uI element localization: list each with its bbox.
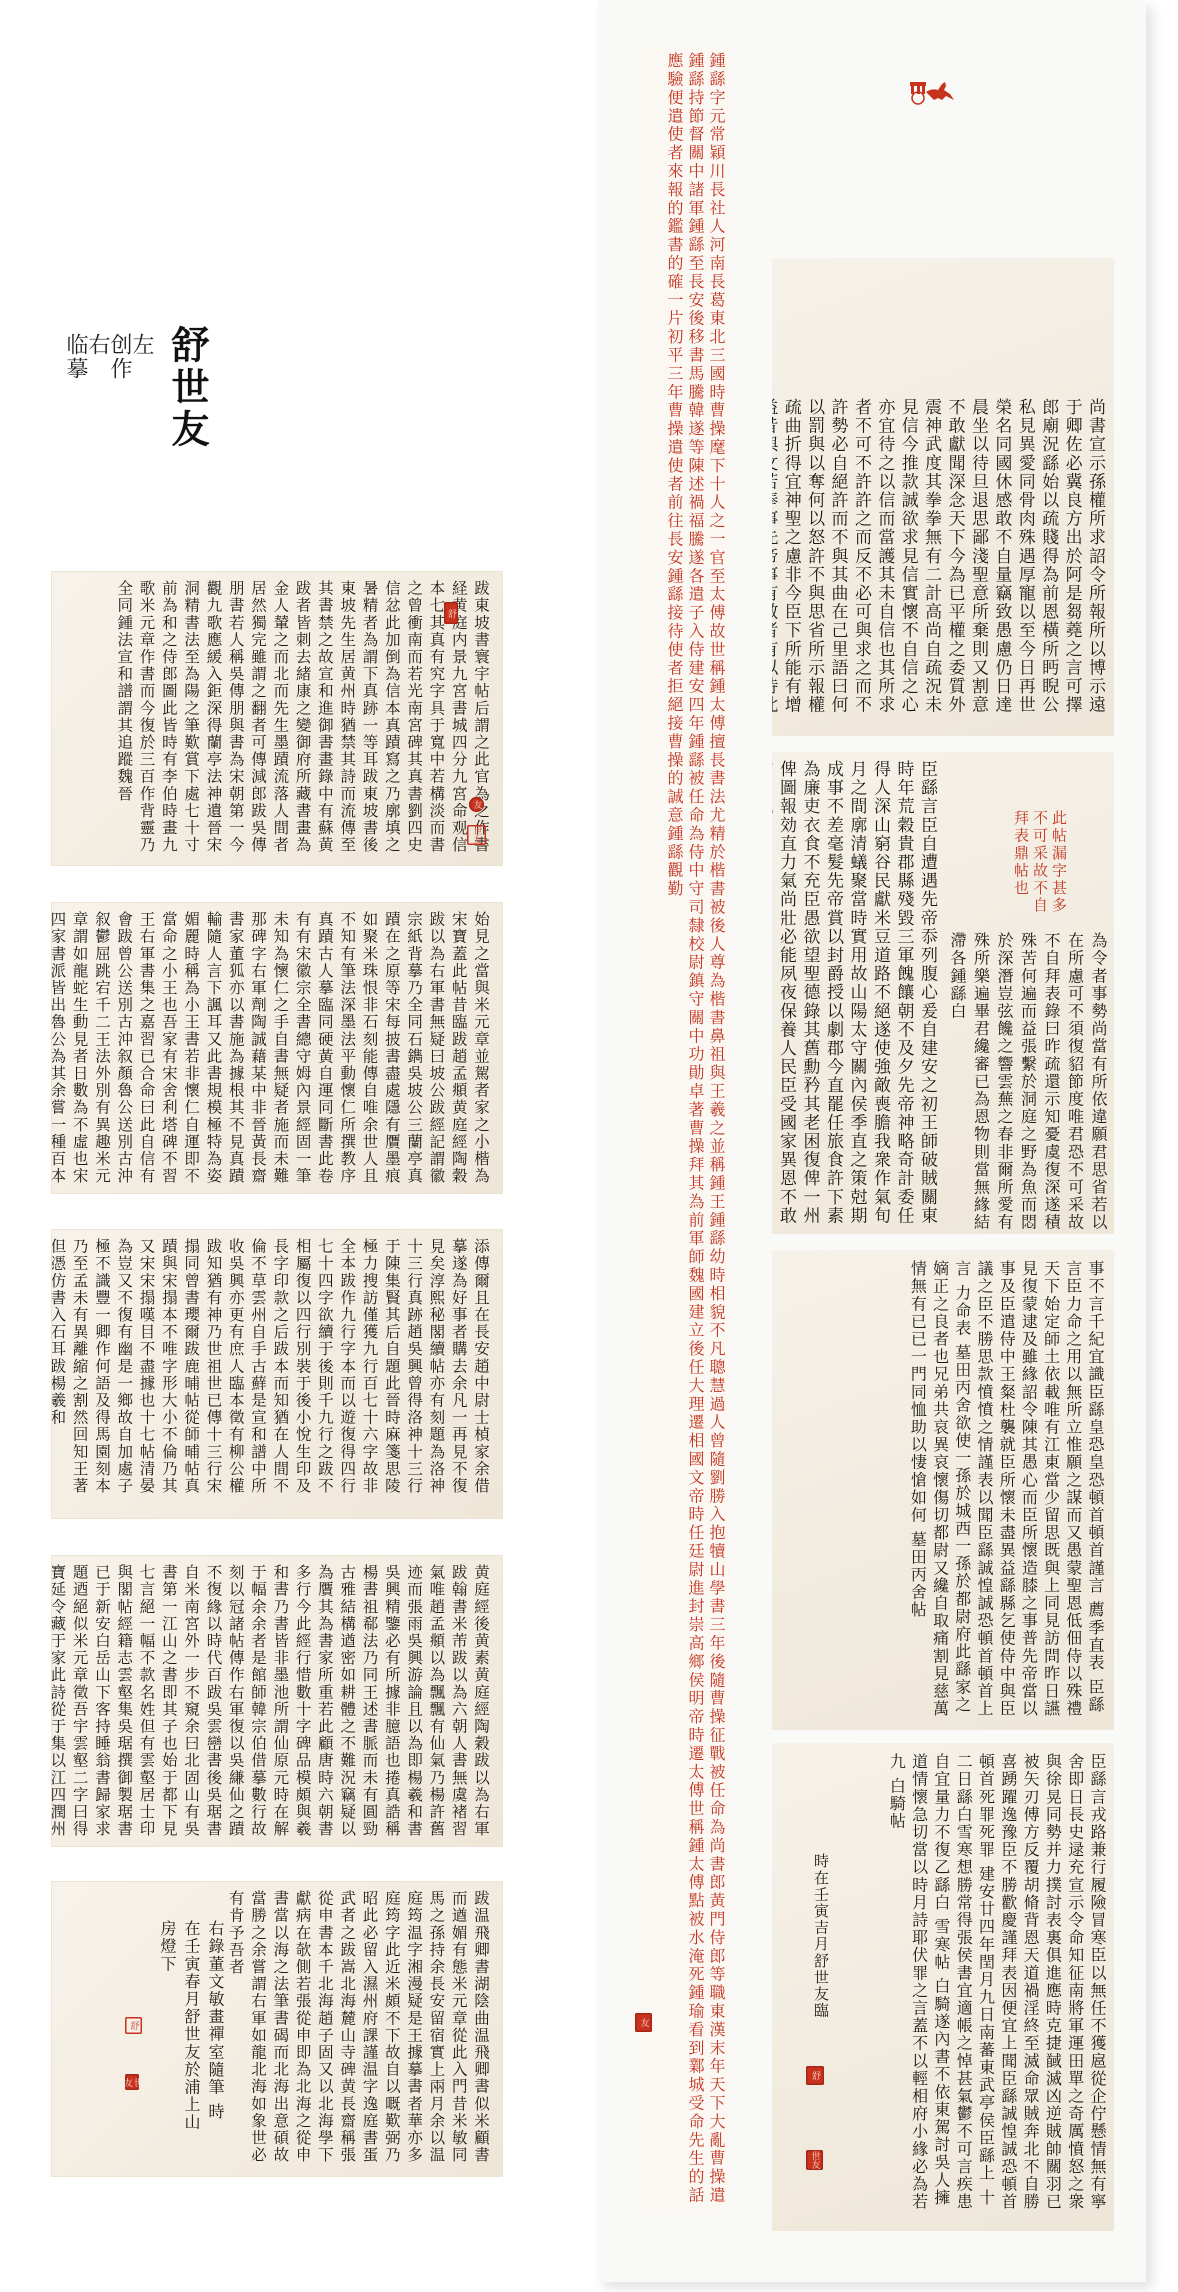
seal-icon: 世友 xyxy=(125,2074,139,2090)
panel-text-left: 臣繇言臣自遭遇先帝忝列腹心爰自建安之初王師破賊關東時年荒穀貴郡縣殘毀三軍餽饟朝不… xyxy=(776,760,938,1230)
panel-text-right: 為令者事勢尚當有所依違願君思省若以在所慮可不須復貂節度唯君恐不可采故不自拜表錄曰… xyxy=(950,932,1110,1232)
left-panel-2: 始見之當與米元章並駕者家之小楷為宋寶蓋此帖昔臨跋趙孟頫黄庭經陶穀跋以為右軍書無疑… xyxy=(52,903,502,1193)
hanging-scroll: 鍾繇字元常穎川長社人河南長葛東北三國時曹操麾下十人之一官至太傅故世稱鍾太傅擅長書… xyxy=(598,0,1146,2282)
chariot-seal-icon xyxy=(908,78,958,106)
seal-icon: 世友 xyxy=(806,2150,823,2170)
left-panel-1: 跋東坡書寰宇帖后謂之此官為之作書経黄庭内景九宮書城四分九宮命观信本七其真有究字具… xyxy=(52,572,502,865)
right-label: 右临摹 xyxy=(64,333,108,381)
right-label-side: 右 xyxy=(85,333,110,357)
round-seal-icon: 友 xyxy=(469,797,484,812)
left-label-desc: 创作 xyxy=(107,333,132,381)
panel-text: 添傳爾且在長安趙中尉士楨家余借摹遂為好事者購去余凡一再見不復見矣淳熙秘閣續帖亦有… xyxy=(62,1238,492,1510)
right-label-desc: 临摹 xyxy=(63,333,88,381)
panel-text: 始見之當與米元章並駕者家之小楷為宋寶蓋此帖昔臨跋趙孟頫黄庭經陶穀跋以為右軍書無疑… xyxy=(62,911,492,1186)
right-panel-1: 尚書宣示孫權所求詔令所報所以博示遠于卿佐必冀良方出於阿是芻蕘之言可擇郎廟況繇始以… xyxy=(772,258,1114,736)
right-panel-3: 事不言千紀宜識臣繇皇恐皇恐頓首頓首謹言 薦季直表 臣繇言臣力命之用以無所立惟願之… xyxy=(772,1250,1114,1730)
signature-text: 時在壬寅吉月舒世友臨 xyxy=(808,1853,832,2073)
panel-text: 黄庭經後黄素黄庭經陶穀跋以為右軍跋翰書米芾跋以為六朝人書無虞褚習氣唯趙孟頫以為飄… xyxy=(62,1564,492,1839)
red-column-seal-icon: 友 xyxy=(635,2013,652,2032)
seal-icon: 舒 xyxy=(125,2017,142,2034)
panel-text: 臣繇言戎路兼行履險冒寒臣以無任不獲扈從企佇懸情無有寧舍即日長史逯充宣示令命知征南… xyxy=(828,1753,1108,2223)
right-panel-4: 臣繇言戎路兼行履險冒寒臣以無任不獲扈從企佇懸情無有寧舍即日長史逯充宣示令命知征南… xyxy=(772,1743,1114,2231)
panel-text: 跋東坡書寰宇帖后謂之此官為之作書経黄庭内景九宮書城四分九宮命观信本七其真有究字具… xyxy=(62,580,492,858)
red-calligraphy-text: 鍾繇字元常穎川長社人河南長葛東北三國時曹操麾下十人之一官至太傅故世稱鍾太傅擅長書… xyxy=(637,52,727,2207)
red-text-column: 鍾繇字元常穎川長社人河南長葛東北三國時曹操麾下十人之一官至太傅故世稱鍾太傅擅長書… xyxy=(633,48,731,2213)
title-block: 舒世友 左创作 右临摹 xyxy=(60,325,230,455)
panel-text: 尚書宣示孫權所求詔令所報所以博示遠于卿佐必冀良方出於阿是芻蕘之言可擇郎廟況繇始以… xyxy=(780,398,1106,728)
red-note-text: 此帖漏字甚多不可采故不自拜表鼎帖也 xyxy=(998,810,1068,920)
left-label: 左创作 xyxy=(108,333,152,381)
left-label-side: 左 xyxy=(129,333,154,357)
right-panel-2: 臣繇言臣自遭遇先帝忝列腹心爰自建安之初王師破賊關東時年荒穀貴郡縣殘毀三軍餽饟朝不… xyxy=(772,752,1114,1234)
left-panel-3: 添傳爾且在長安趙中尉士楨家余借摹遂為好事者購去余凡一再見不復見矣淳熙秘閣續帖亦有… xyxy=(52,1230,502,1518)
left-panel-4: 黄庭經後黄素黄庭經陶穀跋以為右軍跋翰書米芾跋以為六朝人書無虞褚習氣唯趙孟頫以為飄… xyxy=(52,1556,502,1846)
seal-icon: 舒 xyxy=(806,2066,824,2085)
colophon-text: 右錄董文敏畫禪室隨筆 時在壬寅春月舒世友於浦上山房燈下 xyxy=(152,1920,227,2135)
seal-icon: 舒 xyxy=(444,602,458,624)
left-panel-5: 跋温飛卿書湖陰曲温飛卿書似米顧書而遒媚有態米元章從此入門昔米敏同馬之孫持余長安留… xyxy=(52,1882,502,2176)
square-seal-icon: 世友 xyxy=(467,825,486,845)
artist-name: 舒世友 xyxy=(168,325,206,451)
panel-text: 事不言千紀宜識臣繇皇恐皇恐頓首頓首謹言 薦季直表 臣繇言臣力命之用以無所立惟願之… xyxy=(866,1260,1106,1720)
panel-text: 跋温飛卿書湖陰曲温飛卿書似米顧書而遒媚有態米元章從此入門昔米敏同馬之孫持余長安留… xyxy=(252,1890,492,2170)
